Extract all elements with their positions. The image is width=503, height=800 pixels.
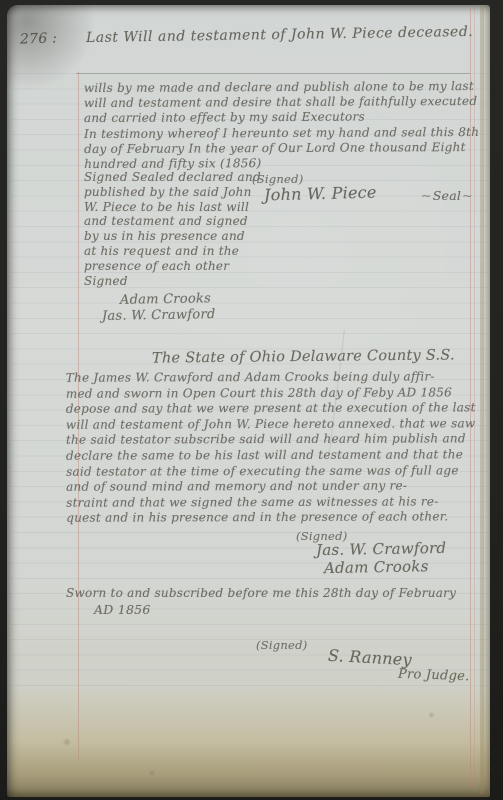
probate-line: declare the same to be his last will and… [66, 447, 472, 464]
probate-witness-signature: Adam Crooks [324, 557, 447, 577]
probate-line: and of sound mind and memory and not und… [66, 478, 472, 495]
witness-signature: Jas. W. Crawford [102, 307, 216, 325]
probate-line: the said testator subscribe said will an… [66, 432, 472, 449]
page-number: 276 : [20, 30, 58, 47]
will-closing-paragraph: wills by me made and declare and publish… [84, 79, 476, 172]
probate-paragraph: The James W. Crawford and Adam Crooks be… [66, 369, 473, 526]
judge-title: Pro Judge. [398, 667, 470, 684]
page-edge-shading [480, 6, 484, 794]
probate-line: said testator at the time of executing t… [66, 463, 472, 480]
attestation-line: Signed [84, 274, 254, 289]
jurat-signed-annotation: (Signed) [256, 638, 307, 652]
witness-signature: Adam Crooks [120, 291, 216, 309]
ink-blot [62, 738, 72, 746]
attestation-line: at his request and in the [84, 244, 254, 259]
jurat-line-2: AD 1856 [94, 602, 151, 617]
attestation-line: Signed Sealed declared and [84, 170, 254, 185]
attestation-paragraph: Signed Sealed declared andpublished by t… [84, 170, 254, 288]
probate-line: med and sworn in Open Court this 28th da… [66, 385, 472, 402]
ink-blot [148, 770, 156, 776]
probate-line: The James W. Crawford and Adam Crooks be… [66, 369, 472, 386]
header-rule [76, 73, 470, 74]
will-closing-line: will and testament and desire that shall… [84, 94, 476, 111]
probate-line: quest and in his presence and in the pre… [66, 510, 472, 527]
probate-line: depose and say that we were present at t… [66, 400, 472, 417]
probate-witness-signatures: Jas. W. CrawfordAdam Crooks [316, 541, 446, 576]
ink-blot [428, 712, 435, 718]
probate-line: will and testament of John W. Piece here… [66, 416, 472, 433]
will-closing-line: day of February In the year of Our Lord … [84, 140, 476, 157]
probate-line: straint and that we signed the same as w… [66, 494, 472, 511]
attestation-line: W. Piece to be his last will [84, 200, 254, 215]
will-closing-line: In testimony whereof I hereunto set my h… [84, 125, 476, 142]
attestation-line: published by the said John [84, 185, 254, 200]
attestation-line: and testament and signed [84, 214, 254, 229]
witness-signatures: Adam CrooksJas. W. Crawford [120, 292, 215, 324]
scanned-ledger-page: 276 : Last Will and testament of John W.… [0, 0, 503, 800]
testator-signature: John W. Piece [264, 183, 377, 205]
seal-flourish: Seal [421, 188, 473, 203]
probate-heading: The State of Ohio Delaware County S.S. [152, 347, 455, 366]
attestation-line: presence of each other [84, 259, 254, 274]
attestation-line: by us in his presence and [84, 229, 254, 244]
jurat-line-1: Sworn to and subscribed before me this 2… [66, 586, 456, 600]
